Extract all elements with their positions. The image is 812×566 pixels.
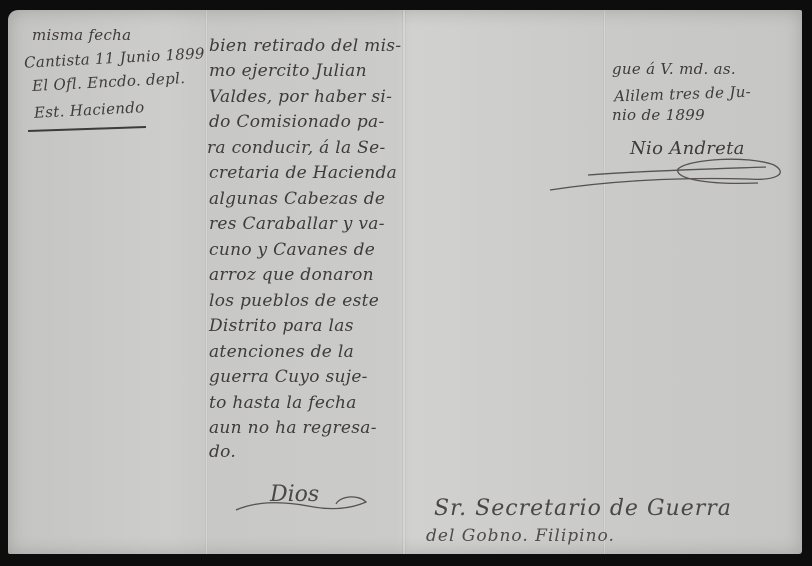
closing-flourish: [228, 480, 378, 520]
paper-center-fold: [402, 10, 406, 554]
note-underline: [28, 126, 146, 132]
body-line: algunas Cabezas de: [209, 191, 385, 208]
body-line: cuno y Cavanes de: [209, 242, 375, 259]
body-line: atenciones de la: [209, 344, 354, 361]
body-line: guerra Cuyo suje-: [209, 369, 368, 386]
note-signature: Est. Haciendo: [34, 100, 145, 121]
body-line: los pueblos de este: [209, 293, 379, 310]
right-note-line: Alilem tres de Ju-: [614, 85, 751, 105]
note-line: El Ofl. Encdo. depl.: [32, 71, 186, 94]
addressee-line-1: Sr. Secretario de Guerra: [434, 496, 732, 521]
body-line: Distrito para las: [209, 318, 354, 335]
body-line: bien retirado del mis-: [209, 38, 401, 55]
body-line: do.: [209, 444, 236, 461]
body-line: aun no ha regresa-: [209, 420, 377, 437]
body-line: do Comisionado pa-: [209, 114, 384, 131]
body-line: res Caraballar y va-: [209, 216, 385, 233]
note-line: Cantista 11 Junio 1899: [24, 46, 205, 70]
document-sheet: misma fecha Cantista 11 Junio 1899 El Of…: [8, 10, 802, 554]
addressee-line-2: del Gobno. Filipino.: [426, 526, 615, 546]
body-line: mo ejercito Julian: [209, 63, 367, 80]
right-note-line: gue á V. md. as.: [612, 62, 736, 77]
body-line: ra conducir, á la Se-: [207, 140, 386, 157]
right-note-line: nio de 1899: [612, 108, 705, 123]
body-line: arroz que donaron: [209, 267, 374, 284]
paper-fold: [205, 10, 208, 554]
body-line: cretaria de Hacienda: [209, 165, 397, 182]
body-line: to hasta la fecha: [209, 395, 357, 412]
paper-fold: [603, 10, 606, 554]
note-line: misma fecha: [32, 28, 131, 43]
signature-flourish: [548, 145, 798, 205]
body-line: Valdes, por haber si-: [209, 89, 392, 106]
